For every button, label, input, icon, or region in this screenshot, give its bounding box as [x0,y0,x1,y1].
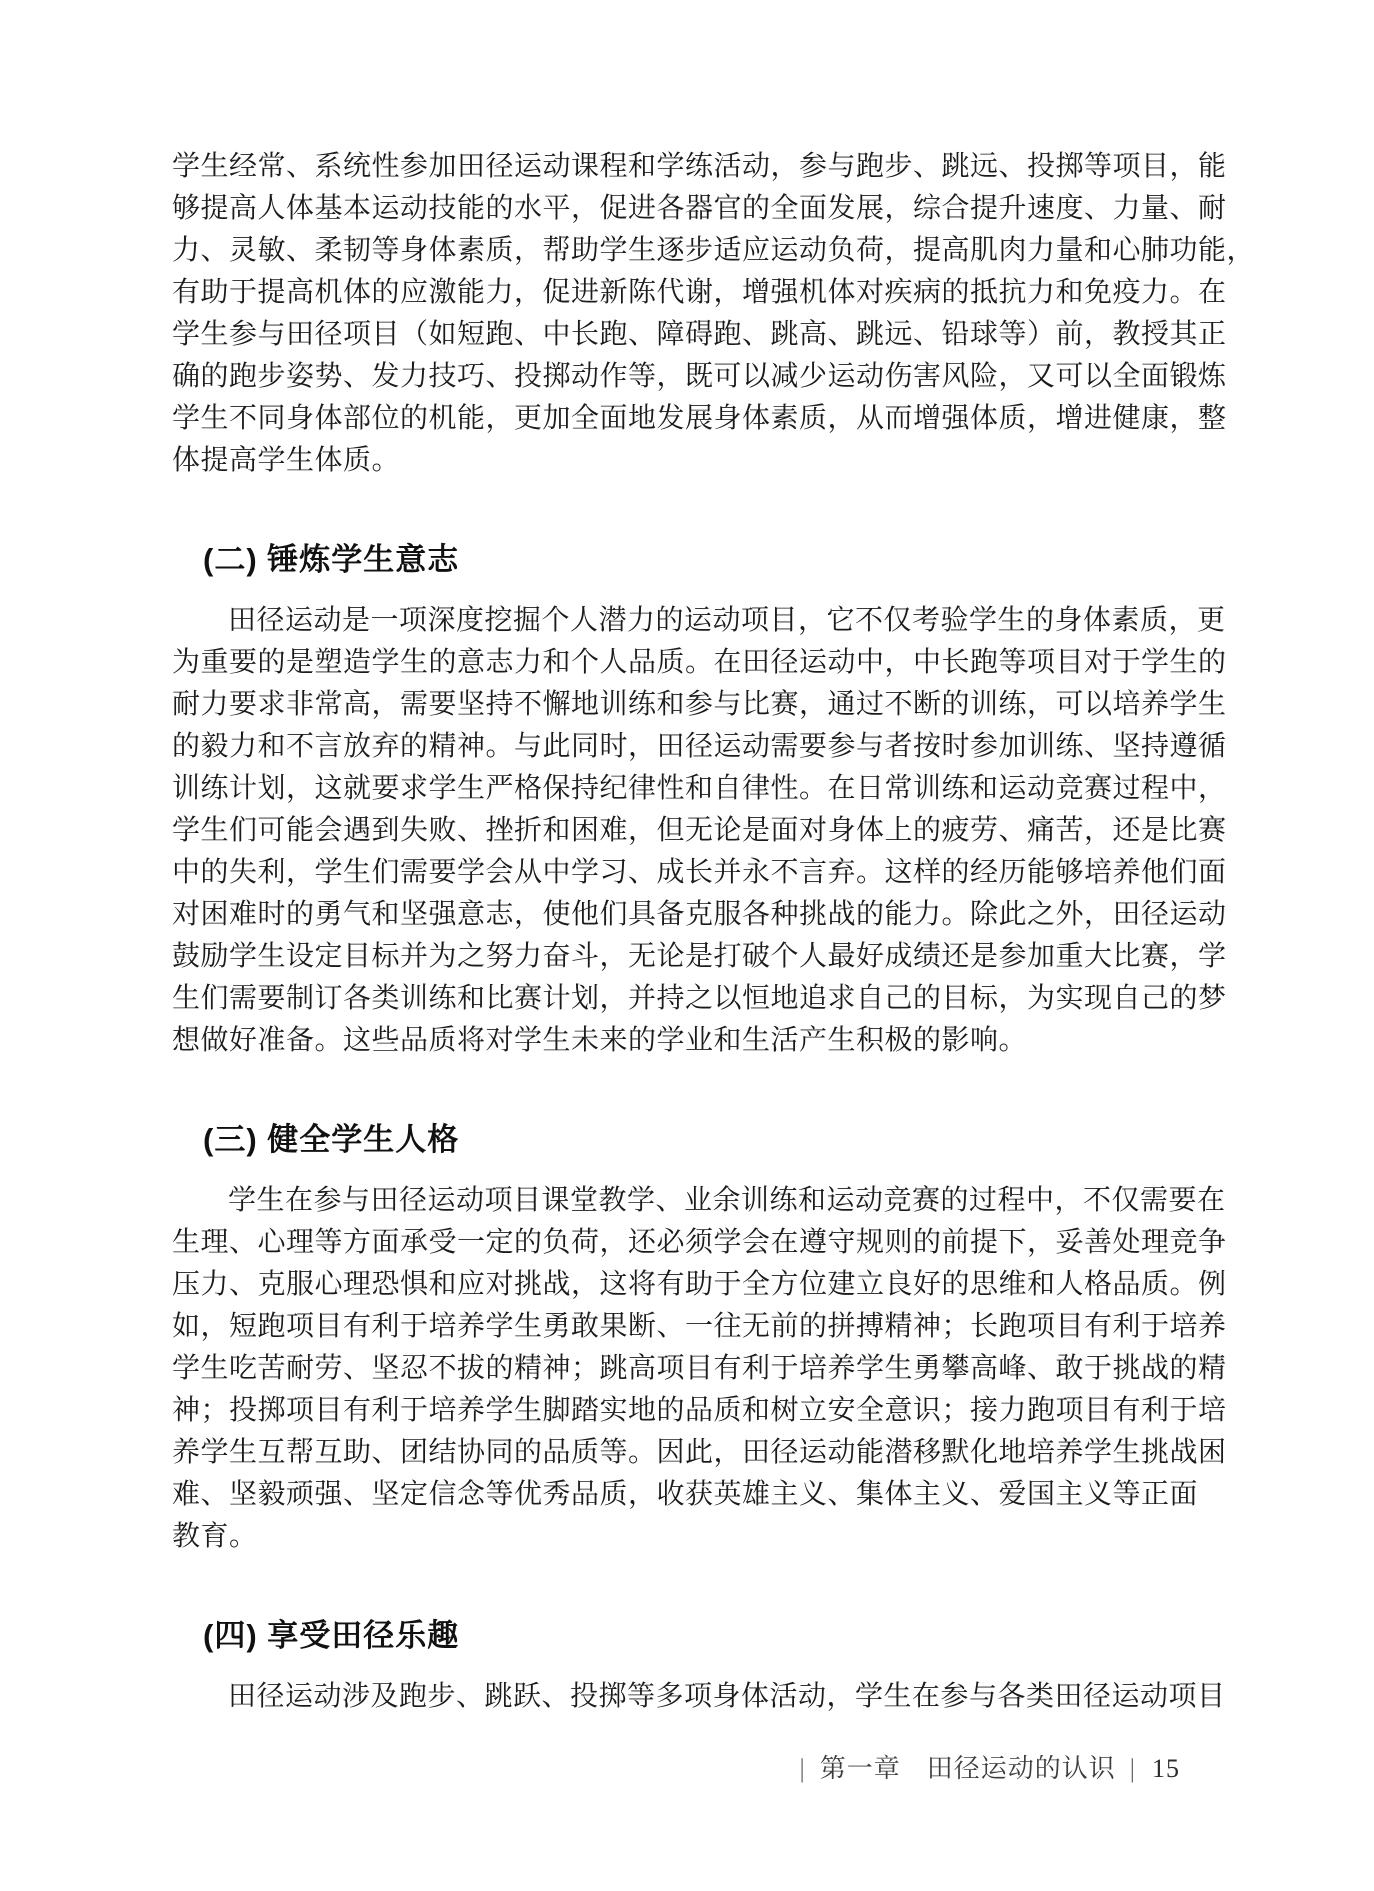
body-line: 有助于提高机体的应激能力，促进新陈代谢，增强机体对疾病的抵抗力和免疫力。在 [172,272,1180,314]
page-number: 15 [1152,1754,1180,1784]
footer-chapter-number: 第一章 [820,1748,901,1785]
body-line: 养学生互帮互助、团结协同的品质等。因此，田径运动能潜移默化地培养学生挑战困 [172,1432,1180,1474]
book-page: 学生经常、系统性参加田径运动课程和学练活动，参与跑步、跳远、投掷等项目，能 够提… [0,0,1374,1891]
body-line: 确的跑步姿势、发力技巧、投掷动作等，既可以减少运动伤害风险，又可以全面锻炼 [172,356,1180,398]
section-3-paragraph: 学生在参与田径运动项目课堂教学、业余训练和运动竞赛的过程中，不仅需要在 生理、心… [172,1180,1180,1558]
body-line: 神；投掷项目有利于培养学生脚踏实地的品质和树立安全意识；接力跑项目有利于培 [172,1390,1180,1432]
body-line: 田径运动是一项深度挖掘个人潜力的运动项目，它不仅考验学生的身体素质，更 [172,600,1180,642]
body-line: 难、坚毅顽强、坚定信念等优秀品质，收获英雄主义、集体主义、爱国主义等正面 [172,1474,1180,1516]
body-line: 生们需要制订各类训练和比赛计划，并持之以恒地追求自己的目标，为实现自己的梦 [172,978,1180,1020]
body-line: 中的失利，学生们需要学会从中学习、成长并永不言弃。这样的经历能够培养他们面 [172,852,1180,894]
body-line: 学生们可能会遇到失败、挫折和困难，但无论是面对身体上的疲劳、痛苦，还是比赛 [172,810,1180,852]
intro-paragraph: 学生经常、系统性参加田径运动课程和学练活动，参与跑步、跳远、投掷等项目，能 够提… [172,146,1180,482]
body-line: 为重要的是塑造学生的意志力和个人品质。在田径运动中，中长跑等项目对于学生的 [172,642,1180,684]
body-line: 生理、心理等方面承受一定的负荷，还必须学会在遵守规则的前提下，妥善处理竞争 [172,1222,1180,1264]
body-line: 如，短跑项目有利于培养学生勇敢果断、一往无前的拼搏精神；长跑项目有利于培养 [172,1306,1180,1348]
page-footer: | 第一章 田径运动的认识 | 15 [786,1748,1180,1785]
body-line: 学生参与田径项目（如短跑、中长跑、障碍跑、跳高、跳远、铅球等）前，教授其正 [172,314,1180,356]
body-line: 想做好准备。这些品质将对学生未来的学业和生活产生积极的影响。 [172,1020,1180,1062]
body-line: 耐力要求非常高，需要坚持不懈地训练和参与比赛，通过不断的训练，可以培养学生 [172,684,1180,726]
body-line: 压力、克服心理恐惧和应对挑战，这将有助于全方位建立良好的思维和人格品质。例 [172,1264,1180,1306]
body-line: 教育。 [172,1516,1180,1558]
body-line: 鼓励学生设定目标并为之努力奋斗，无论是打破个人最好成绩还是参加重大比赛，学 [172,936,1180,978]
section-heading-3: (三) 健全学生人格 [203,1120,1180,1160]
body-line: 的毅力和不言放弃的精神。与此同时，田径运动需要参与者按时参加训练、坚持遵循 [172,726,1180,768]
section-4-paragraph: 田径运动涉及跑步、跳跃、投掷等多项身体活动，学生在参与各类田径运动项目 [172,1676,1180,1718]
body-line: 训练计划，这就要求学生严格保持纪律性和自律性。在日常训练和运动竞赛过程中， [172,768,1180,810]
section-heading-4: (四) 享受田径乐趣 [203,1616,1180,1656]
body-line: 学生不同身体部位的机能，更加全面地发展身体素质，从而增强体质，增进健康，整 [172,398,1180,440]
body-line: 体提高学生体质。 [172,440,1180,482]
body-line: 够提高人体基本运动技能的水平，促进各器官的全面发展，综合提升速度、力量、耐 [172,188,1180,230]
body-line: 学生吃苦耐劳、坚忍不拔的精神；跳高项目有利于培养学生勇攀高峰、敢于挑战的精 [172,1348,1180,1390]
body-line: 学生经常、系统性参加田径运动课程和学练活动，参与跑步、跳远、投掷等项目，能 [172,146,1180,188]
section-heading-2: (二) 锤炼学生意志 [203,540,1180,580]
body-line: 对困难时的勇气和坚强意志，使他们具备克服各种挑战的能力。除此之外，田径运动 [172,894,1180,936]
section-2-paragraph: 田径运动是一项深度挖掘个人潜力的运动项目，它不仅考验学生的身体素质，更 为重要的… [172,600,1180,1062]
footer-separator-left: | [800,1754,806,1784]
body-line: 学生在参与田径运动项目课堂教学、业余训练和运动竞赛的过程中，不仅需要在 [172,1180,1180,1222]
page-content: 学生经常、系统性参加田径运动课程和学练活动，参与跑步、跳远、投掷等项目，能 够提… [172,146,1180,1718]
body-line: 田径运动涉及跑步、跳跃、投掷等多项身体活动，学生在参与各类田径运动项目 [172,1676,1180,1718]
footer-chapter-title: 田径运动的认识 [927,1748,1116,1785]
body-line: 力、灵敏、柔韧等身体素质，帮助学生逐步适应运动负荷，提高肌肉力量和心肺功能， [172,230,1180,272]
footer-separator-right: | [1130,1754,1136,1784]
